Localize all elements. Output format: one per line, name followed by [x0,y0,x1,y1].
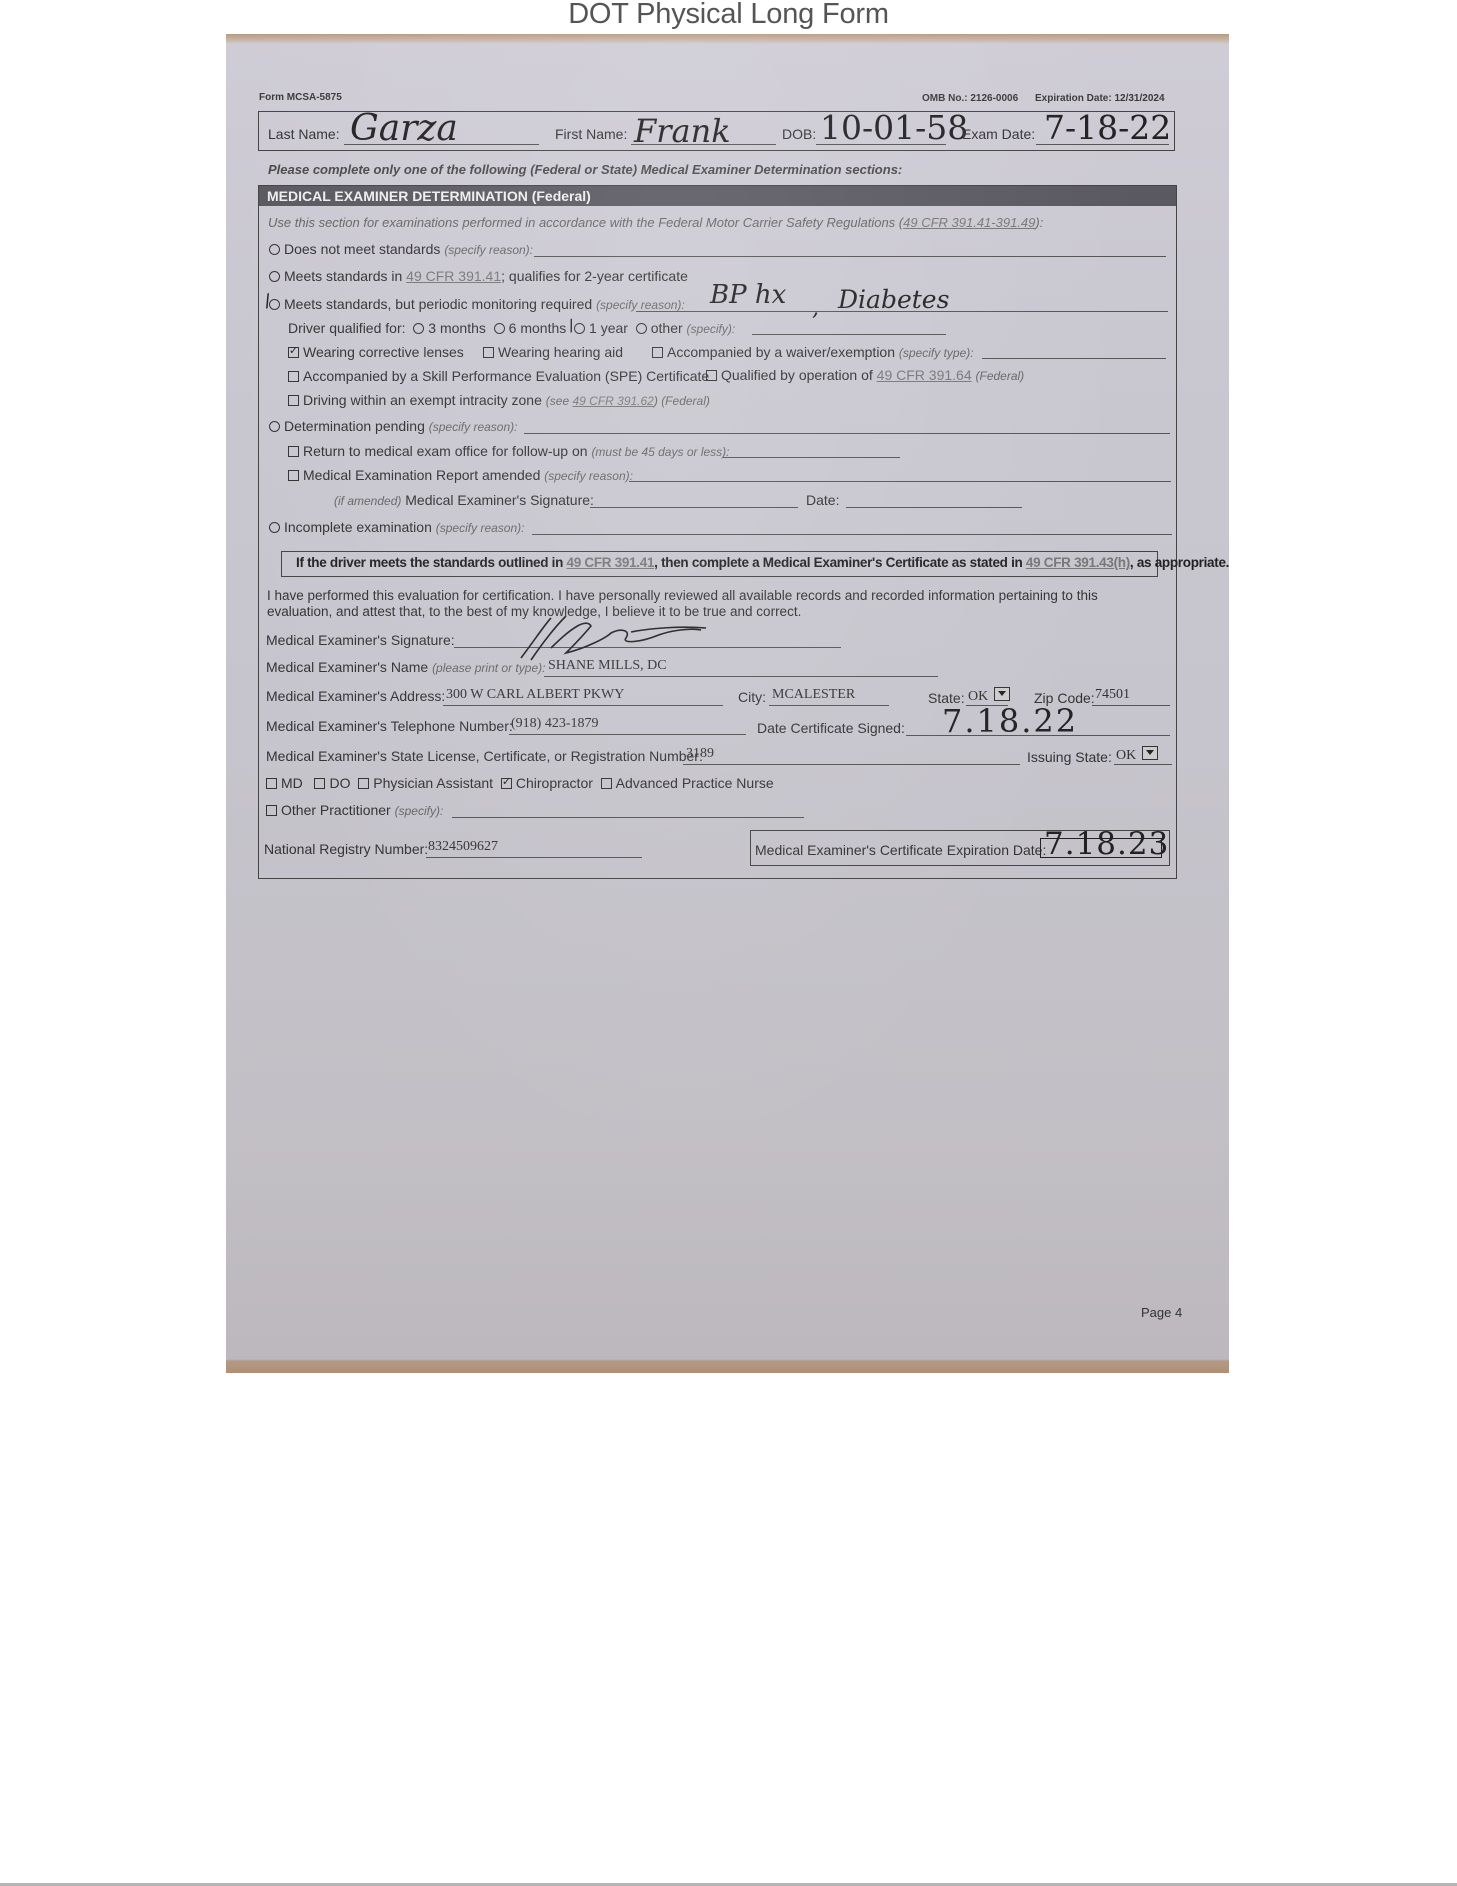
registry-label: National Registry Number: [264,841,428,857]
dob-field[interactable]: 10-01-58 [820,108,968,147]
qualified-3-months[interactable]: 3 months [413,320,486,336]
other-practitioner[interactable]: Other Practitioner (specify): [266,802,443,818]
last-name-field[interactable]: Garza [350,108,458,149]
other-practitioner-field[interactable] [452,817,804,818]
pending-return-followup[interactable]: Return to medical exam office for follow… [288,443,730,459]
city-label: City: [738,689,766,705]
condition-corrective-lenses[interactable]: Wearing corrective lenses [288,344,464,360]
phone-label: Medical Examiner's Telephone Number: [266,718,513,734]
cfr-link-391-41-notice[interactable]: 49 CFR 391.41 [567,555,655,570]
qualified-for-row: Driver qualified for: 3 months 6 months … [288,320,735,336]
followup-date-field[interactable] [723,457,900,458]
credential-do[interactable]: DO [314,775,350,791]
last-name-label: Last Name: [268,126,340,142]
qualified-other[interactable]: other (specify): [636,320,736,336]
option-meets-periodic[interactable]: /Meets standards, but periodic monitorin… [269,296,685,312]
instruction-text: Please complete only one of the followin… [268,162,902,177]
incomplete-reason-field[interactable] [532,534,1172,535]
cfr-link-391-41-49[interactable]: 49 CFR 391.41-391.49 [903,215,1035,230]
waiver-type-field[interactable] [982,358,1166,359]
checkbox-qualified-op[interactable] [706,370,717,381]
registry-field[interactable]: 8324509627 [428,839,498,855]
cfr-link-391-64[interactable]: 49 CFR 391.64 [877,367,972,383]
checkbox-waiver[interactable] [652,347,663,358]
credential-chiropractor[interactable]: Chiropractor [501,775,593,791]
checkbox-corrective-lenses[interactable] [288,347,299,358]
exam-date-label: Exam Date: [962,126,1035,142]
dob-label: DOB: [782,126,816,142]
city-field[interactable]: MCALESTER [772,687,855,703]
exam-date-field[interactable]: 7-18-22 [1044,108,1171,147]
qualified-other-field[interactable] [752,334,946,335]
checkbox-hearing-aid[interactable] [483,347,494,358]
radio-meets-periodic-selected[interactable]: / [269,299,280,310]
federal-section-header: MEDICAL EXAMINER DETERMINATION (Federal) [259,186,1176,206]
cert-expiration-field[interactable]: 7.18.23 [1044,826,1169,862]
condition-intracity[interactable]: Driving within an exempt intracity zone … [288,392,710,408]
pending-reason-field[interactable] [524,433,1170,434]
amended-reason-field[interactable] [629,481,1171,482]
pending-report-amended[interactable]: Medical Examination Report amended (spec… [288,467,633,483]
credentials-row: MD DO Physician Assistant Chiropractor A… [266,775,774,791]
page-number: Page 4 [1141,1305,1182,1320]
form-photo: Form MCSA-5875 OMB No.: 2126-0006 Expira… [226,34,1229,1373]
zip-field[interactable]: 74501 [1095,687,1130,703]
condition-qualified-op[interactable]: Qualified by operation of 49 CFR 391.64 … [706,367,1024,383]
condition-spe[interactable]: Accompanied by a Skill Performance Evalu… [288,368,709,384]
cfr-link-391-62[interactable]: 49 CFR 391.62 [572,394,653,408]
checkbox-spe[interactable] [288,371,299,382]
address-label: Medical Examiner's Address: [266,688,445,704]
signature-label: Medical Examiner's Signature: [266,632,455,648]
checkbox-report-amended[interactable] [288,470,299,481]
issuing-state-select[interactable]: OK [1116,746,1158,764]
does-not-meet-reason-field[interactable] [534,256,1166,257]
option-determination-pending[interactable]: Determination pending (specify reason): [269,418,517,434]
issuing-state-dropdown-arrow-icon[interactable] [1142,746,1158,760]
credential-physician-assistant[interactable]: Physician Assistant [358,775,493,791]
radio-does-not-meet[interactable] [269,244,280,255]
license-label: Medical Examiner's State License, Certif… [266,748,703,764]
cfr-link-391-41[interactable]: 49 CFR 391.41 [406,268,501,284]
option-incomplete[interactable]: Incomplete examination (specify reason): [269,519,524,535]
checkbox-other-practitioner[interactable] [266,805,277,816]
qualified-6-months[interactable]: 6 months [494,320,567,336]
condition-waiver[interactable]: Accompanied by a waiver/exemption (speci… [652,344,974,360]
option-meets-2yr[interactable]: Meets standards in 49 CFR 391.41; qualif… [269,268,688,284]
phone-field[interactable]: (918) 423-1879 [511,716,599,732]
checkbox-intracity[interactable] [288,395,299,406]
omb-number: OMB No.: 2126-0006 [922,93,1018,104]
radio-incomplete[interactable] [269,522,280,533]
state-dropdown-arrow-icon[interactable] [994,687,1010,701]
radio-pending[interactable] [269,421,280,432]
document-title: DOT Physical Long Form [0,0,1457,31]
amended-date-field[interactable] [846,507,1022,508]
option-does-not-meet[interactable]: Does not meet standards (specify reason)… [269,241,533,257]
first-name-field[interactable]: Frank [634,112,731,150]
amended-signature-row: (if amended) Medical Examiner's Signatur… [334,492,594,508]
periodic-reason-value-1: BP hx [710,280,786,310]
cfr-link-391-43h[interactable]: 49 CFR 391.43(h) [1026,555,1130,570]
issuing-state-label: Issuing State: [1027,749,1112,765]
notice-text: If the driver meets the standards outlin… [296,555,1229,570]
license-field[interactable]: 3189 [686,746,714,762]
condition-hearing-aid[interactable]: Wearing hearing aid [483,344,623,360]
credential-md[interactable]: MD [266,775,303,791]
date-signed-field[interactable]: 7.18.22 [942,702,1078,740]
date-signed-label: Date Certificate Signed: [757,720,905,736]
periodic-reason-value-2: Diabetes [838,285,949,314]
qualified-1-year-selected[interactable]: /1 year [574,320,628,336]
radio-meets-2yr[interactable] [269,271,280,282]
federal-use-note: Use this section for examinations perfor… [268,215,1043,230]
address-field[interactable]: 300 W CARL ALBERT PKWY [446,687,624,703]
first-name-label: First Name: [555,126,627,142]
examiner-name-row: Medical Examiner's Name (please print or… [266,659,545,675]
form-number: Form MCSA-5875 [259,92,342,103]
form-expiration: Expiration Date: 12/31/2024 [1035,93,1165,104]
checkbox-return-followup[interactable] [288,446,299,457]
cert-expiration-label: Medical Examiner's Certificate Expiratio… [755,842,1046,858]
amended-signature-field[interactable] [590,507,798,508]
amended-date-label: Date: [806,492,839,508]
credential-advanced-practice-nurse[interactable]: Advanced Practice Nurse [601,775,774,791]
examiner-name-field[interactable]: SHANE MILLS, DC [548,658,667,674]
